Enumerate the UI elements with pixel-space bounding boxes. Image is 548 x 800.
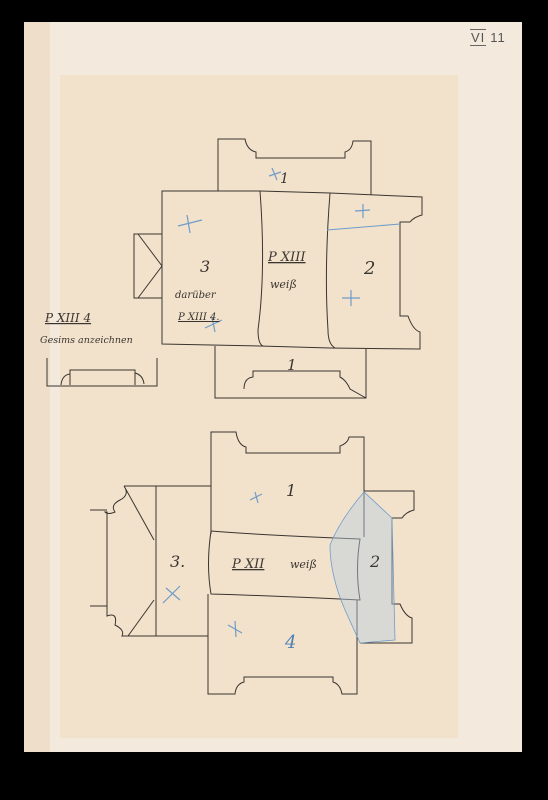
upper-side-block bbox=[134, 234, 162, 298]
upper-left-note: darüber bbox=[175, 290, 217, 301]
side-sketch-outline bbox=[47, 358, 157, 386]
cross-icon bbox=[355, 204, 370, 218]
upper-top-label: 1 bbox=[280, 171, 289, 187]
upper-divider-left bbox=[258, 191, 263, 346]
cross-icon bbox=[342, 290, 360, 306]
lower-left-label: 3. bbox=[170, 552, 185, 571]
upper-left-ref: P XIII 4. bbox=[177, 312, 220, 323]
side-sketch-label: P XIII 4 bbox=[44, 311, 91, 325]
lower-right-label: 2 bbox=[369, 552, 380, 571]
cross-icon bbox=[250, 492, 262, 503]
lower-bottom-piece bbox=[208, 594, 357, 694]
sketch-drawing: 1 P XIII weiß 3 darüber P XIII 4. 2 1 P … bbox=[0, 0, 548, 800]
blue-shading bbox=[330, 492, 395, 643]
lower-top-label: 1 bbox=[286, 481, 296, 500]
upper-center-label: P XIII bbox=[267, 250, 306, 265]
lower-center-note: weiß bbox=[290, 558, 317, 571]
upper-bottom-label: 1 bbox=[287, 356, 297, 374]
upper-divider-right bbox=[326, 193, 335, 348]
cross-icon bbox=[163, 586, 180, 603]
upper-top-piece bbox=[218, 139, 371, 195]
lower-bottom-label: 4 bbox=[284, 632, 296, 653]
blue-guide-line bbox=[327, 224, 400, 230]
cross-icon bbox=[228, 621, 242, 637]
upper-center-note: weiß bbox=[270, 278, 297, 291]
lower-center-label: P XII bbox=[231, 557, 265, 572]
side-sketch-note: Gesims anzeichnen bbox=[40, 335, 133, 346]
cross-icon bbox=[178, 215, 202, 233]
upper-right-label: 2 bbox=[363, 258, 375, 279]
lower-left-piece bbox=[90, 486, 211, 636]
upper-left-label: 3 bbox=[200, 257, 210, 276]
